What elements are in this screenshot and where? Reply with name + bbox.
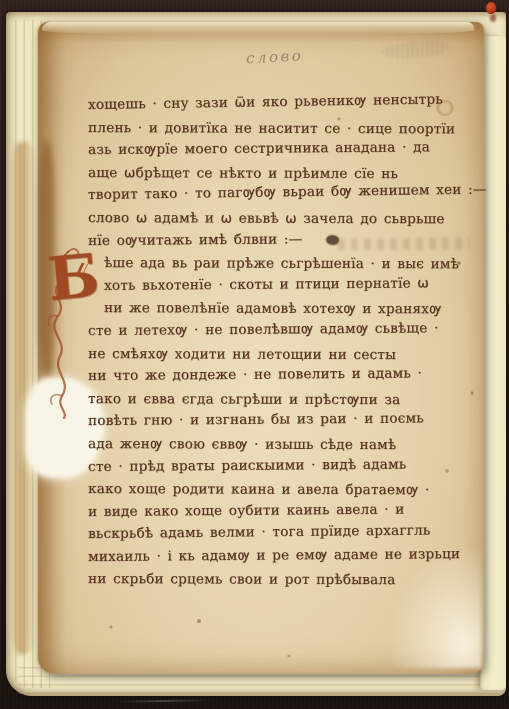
text-line: сте · прѣд враты раискыими · видѣ адамь (88, 452, 472, 478)
text-line: творит тако · то пагѹбѹ вьраи бѹ женишем… (88, 179, 472, 207)
text-line: михаиль · і кь адамѹ и ре емѹ адаме не и… (88, 543, 472, 569)
text-line: азь искѹрїе моего сестричника анадана · … (88, 136, 472, 162)
manuscript-page: слово Б хощешь · сну зази ѿи яко рьвеник… (38, 22, 484, 674)
text-block: хощешь · сну зази ѿи яко рьвеникѹ ненсыт… (88, 94, 472, 591)
dirt-specks (38, 22, 40, 24)
faded-smudge (381, 39, 448, 61)
header-annotation: слово (246, 47, 304, 68)
text-line: нїе оѹчитажь имѣ блвни :— (88, 227, 472, 253)
text-line: ни скрьби срцемь свои и рот прѣбывала (88, 568, 472, 592)
text-line: хощешь · сну зази ѿи яко рьвеникѹ ненсыт… (88, 88, 472, 117)
photographed-book: слово Б хощешь · сну зази ѿи яко рьвеник… (0, 0, 509, 709)
text-line: хоть вьхотенїе · скоты и птици пернатїе … (88, 272, 472, 298)
text-line: вьскрьбѣ адамь велми · тога прїиде архаг… (88, 519, 472, 546)
page-top-rim (42, 22, 474, 35)
text-line: повѣть гню · и изгнань бы из раи · и поє… (88, 407, 472, 433)
text-line: сте и летехѹ · не повелѣвшѹ адамѹ сьвѣще… (88, 317, 472, 343)
red-wax-speck (486, 2, 496, 14)
text-line: ни что же дондеже · не повелить и адамь … (88, 362, 472, 388)
